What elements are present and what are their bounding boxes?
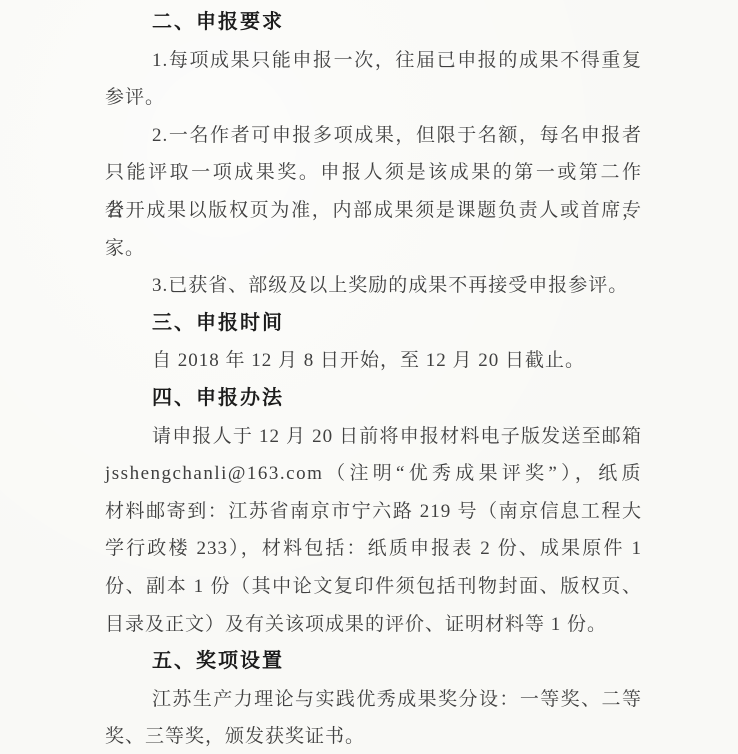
paragraph-line: 学行政楼 233），材料包括：纸质申报表 2 份、成果原件 1	[105, 530, 642, 568]
section-heading-application-requirements: 二、申报要求	[105, 4, 642, 42]
paragraph-line: 份、副本 1 份（其中论文复印件须包括刊物封面、版权页、	[105, 568, 642, 606]
paragraph-line: 只能评取一项成果奖。申报人须是该成果的第一或第二作者，	[105, 154, 642, 192]
paragraph-line: 请申报人于 12 月 20 日前将申报材料电子版发送至邮箱	[105, 418, 642, 456]
paragraph-line: 1.每项成果只能申报一次，往届已申报的成果不得重复	[105, 42, 642, 80]
paragraph-line: 目录及正文）及有关该项成果的评价、证明材料等 1 份。	[105, 606, 642, 644]
paragraph-line: 奖、三等奖，颁发获奖证书。	[105, 718, 642, 754]
paragraph-line: 自 2018 年 12 月 8 日开始，至 12 月 20 日截止。	[105, 342, 642, 380]
paragraph-line-email: jsshengchanli@163.com（注明“优秀成果评奖”），纸质	[105, 455, 642, 493]
paragraph-line: 公开成果以版权页为准，内部成果须是课题负责人或首席专	[105, 192, 642, 230]
section-heading-application-time: 三、申报时间	[105, 305, 642, 343]
paragraph-line: 江苏生产力理论与实践优秀成果奖分设：一等奖、二等	[105, 681, 642, 719]
section-heading-award-setup: 五、奖项设置	[105, 643, 642, 681]
paragraph-line: 2.一名作者可申报多项成果，但限于名额，每名申报者	[105, 117, 642, 155]
paragraph-line: 材料邮寄到：江苏省南京市宁六路 219 号（南京信息工程大	[105, 493, 642, 531]
section-heading-application-method: 四、申报办法	[105, 380, 642, 418]
paragraph-line: 参评。	[105, 79, 642, 117]
paragraph-line: 家。	[105, 230, 642, 268]
scanned-document-page: 二、申报要求 1.每项成果只能申报一次，往届已申报的成果不得重复 参评。 2.一…	[0, 0, 738, 754]
paragraph-line: 3.已获省、部级及以上奖励的成果不再接受申报参评。	[105, 267, 642, 305]
